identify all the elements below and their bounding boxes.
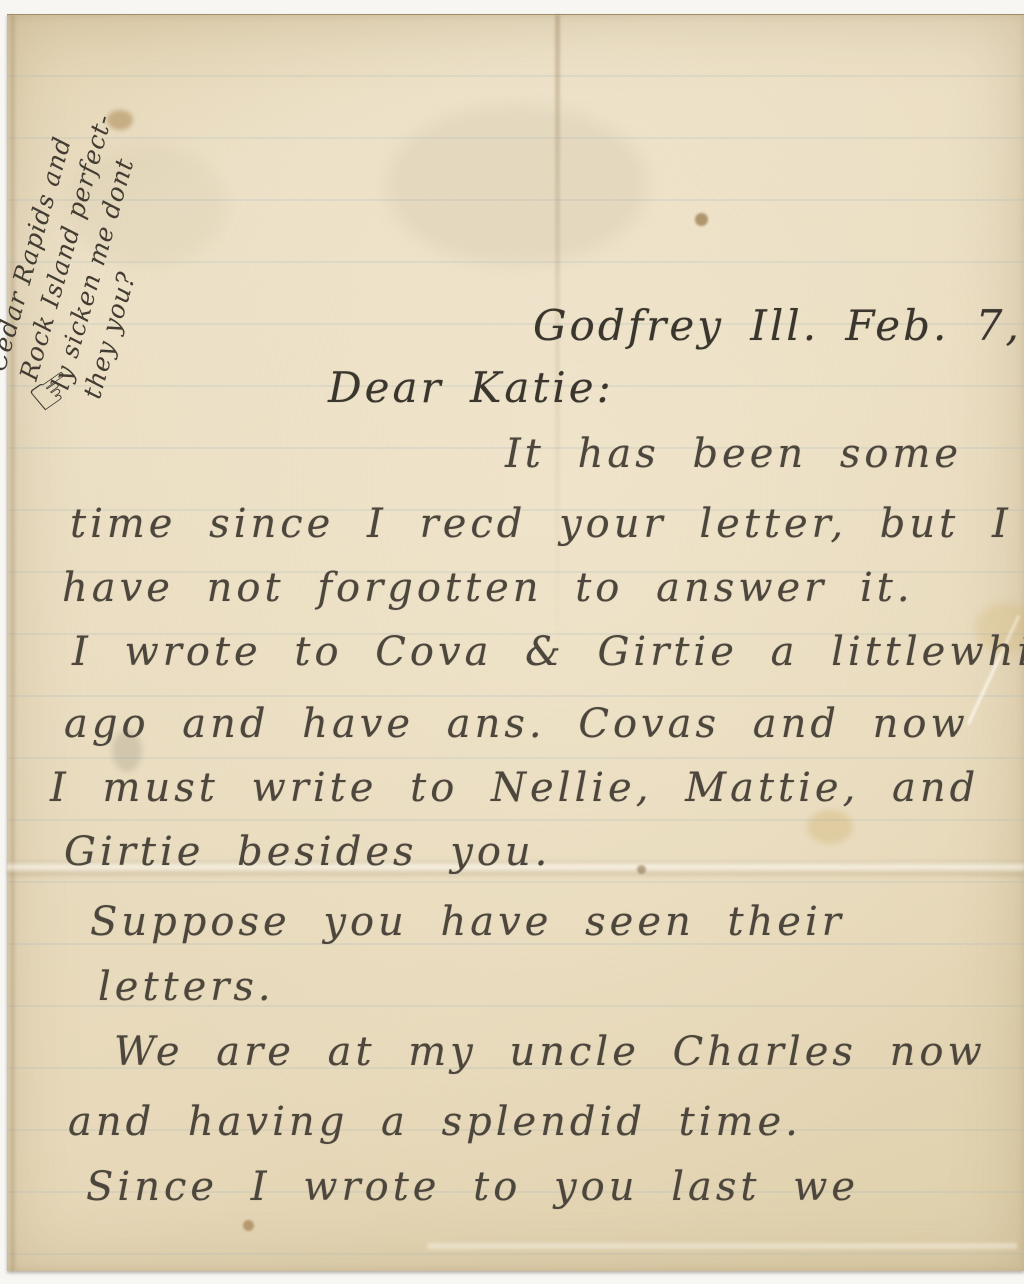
letter-body-line: letters. bbox=[98, 964, 275, 1010]
scanned-letter-page: { "letter": { "dateline": "Godfrey Ill. … bbox=[0, 0, 1024, 1284]
letter-body-line: I wrote to Cova & Girtie a littlewhile bbox=[72, 629, 1024, 675]
marginal-note: Cedar Rapids and Rock Island perfect- ly… bbox=[0, 30, 204, 403]
letter-salutation: Dear Katie: bbox=[328, 363, 614, 412]
stain bbox=[695, 213, 708, 226]
letter-body-line: I must write to Nellie, Mattie, and bbox=[50, 765, 979, 811]
letter-body-line: time since I recd your letter, but I bbox=[70, 501, 1012, 547]
letter-body-line: have not forgotten to answer it. bbox=[62, 565, 914, 611]
letter-body-line: It has been some bbox=[505, 431, 962, 477]
letter-body-line: Girtie besides you. bbox=[64, 829, 551, 875]
fold-crease-bottom bbox=[427, 1243, 1017, 1249]
letter-body-line: ago and have ans. Covas and now bbox=[64, 701, 969, 747]
paper-left-edge bbox=[11, 15, 17, 1271]
letter-body-line: We are at my uncle Charles now bbox=[114, 1029, 986, 1075]
letter-body-line: and having a splendid time. bbox=[68, 1099, 802, 1145]
stain bbox=[807, 810, 853, 844]
letter-body-line: Suppose you have seen their bbox=[90, 899, 845, 945]
letter-sheet: Cedar Rapids and Rock Island perfect- ly… bbox=[7, 14, 1024, 1271]
stain bbox=[243, 1220, 254, 1231]
letter-body-line: Since I wrote to you last we bbox=[86, 1164, 859, 1210]
letter-dateline: Godfrey Ill. Feb. 7, 1885, bbox=[533, 301, 1024, 350]
ink-ghosting bbox=[387, 105, 647, 265]
